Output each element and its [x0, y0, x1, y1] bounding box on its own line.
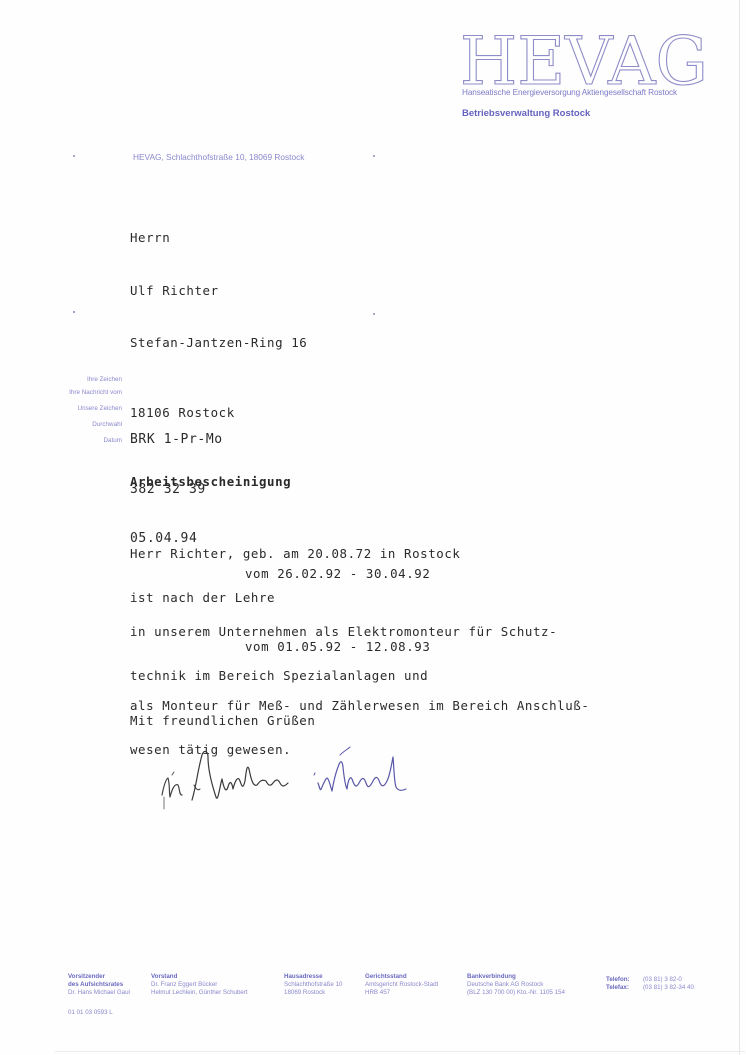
hevag-logo: HEVAG: [460, 30, 710, 90]
recipient-name: Ulf Richter: [130, 282, 307, 300]
label-durchwahl: Durchwahl: [30, 418, 122, 431]
footer-text: Dr. Hans Michael Gaul: [68, 989, 130, 997]
paragraph-line: als Monteur für Meß- und Zählerwesen im …: [130, 699, 589, 714]
footer-text: Deutsche Bank AG Rostock: [467, 981, 565, 989]
footer-heading: des Aufsichtsrates: [68, 981, 130, 989]
footer-contact: Telefon: (03 81) 3 82-0 Telefax: (03 81)…: [606, 976, 694, 992]
footer-heading: Hausadresse: [284, 973, 342, 981]
footer-text: 18069 Rostock: [284, 989, 342, 997]
paragraph-line: Herr Richter, geb. am 20.08.72 in Rostoc…: [130, 547, 460, 562]
label-ihre-nachricht: Ihre Nachricht vom: [30, 386, 122, 399]
footer-text: (BLZ 130 700 00) Kto.-Nr. 1105 154: [467, 989, 565, 997]
footer-heading: Vorsitzender: [68, 973, 130, 981]
fold-mark: [373, 155, 375, 157]
footer-text: Dr. Franz Eggert Bücker: [151, 981, 248, 989]
fold-mark: [373, 313, 375, 315]
company-full-name: Hanseatische Energieversorgung Aktienges…: [462, 88, 677, 97]
closing-phrase: Mit freundlichen Grüßen: [130, 714, 315, 729]
footer-text: Schlachthofstraße 10: [284, 981, 342, 989]
label-ihre-zeichen: Ihre Zeichen: [30, 373, 122, 386]
footer-board: Vorstand Dr. Franz Eggert Bücker Helmut …: [151, 973, 248, 998]
employment-period-2: vom 01.05.92 - 12.08.93: [130, 640, 430, 655]
page-edge-bottom: [55, 1051, 745, 1052]
fax-number: (03 81) 3 82-34 40: [643, 984, 694, 992]
sender-return-address: HEVAG, Schlachthofstraße 10, 18069 Rosto…: [133, 152, 304, 162]
value-unsere-zeichen: BRK 1-Pr-Mo: [130, 432, 223, 449]
letter-page: HEVAG Hanseatische Energieversorgung Akt…: [0, 0, 746, 1055]
footer-address: Hausadresse Schlachthofstraße 10 18069 R…: [284, 973, 342, 998]
form-code: 01 01 03 0593 L: [68, 1009, 113, 1016]
svg-text:HEVAG: HEVAG: [460, 30, 708, 90]
paragraph-line: in unserem Unternehmen als Elektromonteu…: [130, 625, 557, 640]
label-datum: Datum: [30, 434, 122, 447]
fold-mark: [73, 155, 75, 157]
employment-period-1: vom 26.02.92 - 30.04.92: [130, 567, 430, 582]
recipient-street: Stefan-Jantzen-Ring 16: [130, 334, 307, 352]
footer-chair: Vorsitzender des Aufsichtsrates Dr. Hans…: [68, 973, 130, 998]
footer-heading: Bankverbindung: [467, 973, 565, 981]
footer-heading: Gerichtsstand: [365, 973, 438, 981]
footer-bank: Bankverbindung Deutsche Bank AG Rostock …: [467, 973, 565, 998]
label-unsere-zeichen: Unsere Zeichen: [30, 402, 122, 415]
phone-label: Telefon:: [606, 976, 643, 984]
department-name: Betriebsverwaltung Rostock: [462, 108, 590, 119]
letter-subject: Arbeitsbescheinigung: [130, 474, 291, 489]
reference-labels: Ihre Zeichen Ihre Nachricht vom Unsere Z…: [30, 373, 122, 447]
recipient-salutation: Herrn: [130, 229, 307, 247]
footer-text: HRB 457: [365, 989, 438, 997]
fax-label: Telefax:: [606, 984, 643, 992]
footer-heading: Vorstand: [151, 973, 248, 981]
footer-text: Amtsgericht Rostock-Stadt: [365, 981, 438, 989]
fold-mark: [73, 311, 75, 313]
footer-text: Helmut Lechlein, Günther Schubert: [151, 989, 248, 997]
handwritten-signature: [150, 745, 470, 815]
phone-number: (03 81) 3 82-0: [643, 976, 682, 984]
page-edge-right: [739, 0, 740, 1055]
footer-court: Gerichtsstand Amtsgericht Rostock-Stadt …: [365, 973, 438, 998]
